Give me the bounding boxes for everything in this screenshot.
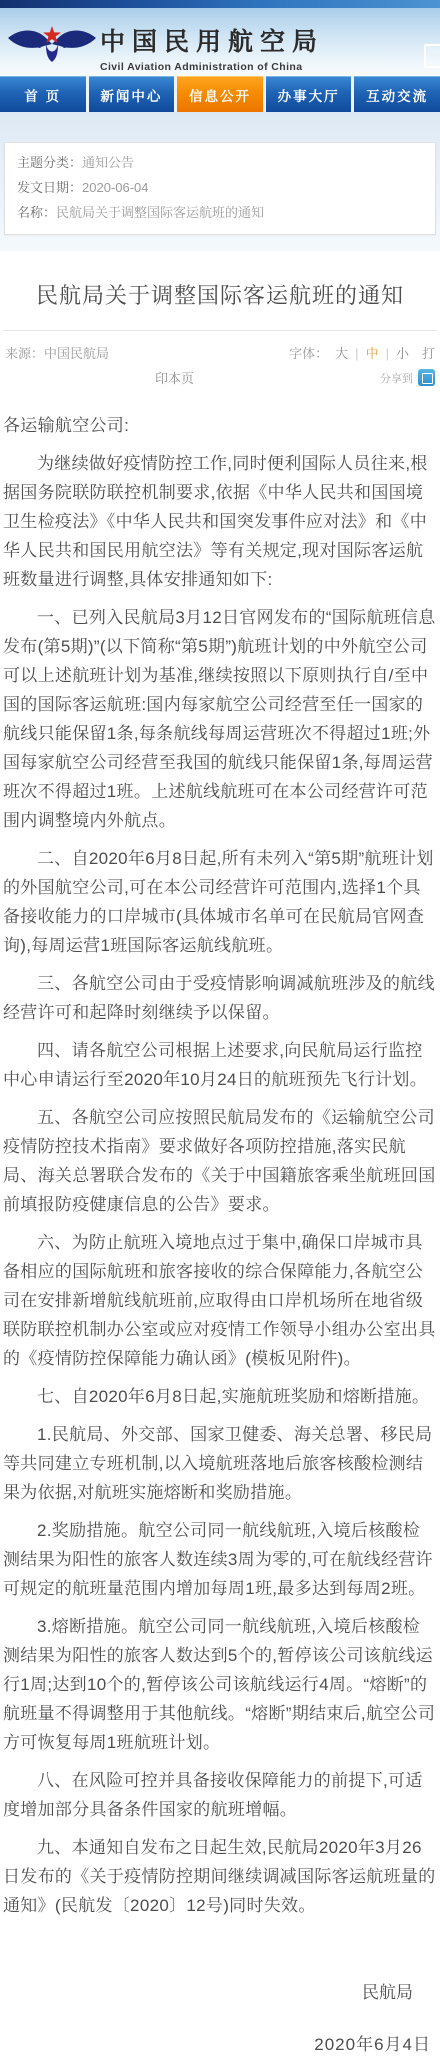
document-meta-band: 主题分类：通知公告 发文日期：2020-06-04 名称：民航局关于调整国际客运… [0, 112, 440, 251]
meta-value: 2020-06-04 [82, 180, 149, 195]
winged-emblem-icon [6, 22, 98, 64]
nav-item[interactable]: 新闻中心 [89, 76, 175, 112]
nav-item[interactable]: 互动交流 [354, 76, 440, 112]
font-size-selector: 字体： 大 | 中 | 小 打 [289, 343, 435, 362]
nav-item-label: 首 页 [24, 85, 61, 105]
notice-paragraph: 四、请各航空公司根据上述要求,向民航局运行监控中心申请运行至2020年10月24… [3, 1036, 437, 1094]
notice-paragraph: 三、各航空公司由于受疫情影响调减航班涉及的航线经营许可和起降时刻继续予以保留。 [3, 969, 437, 1027]
title-divider [3, 330, 437, 331]
separator: | [355, 346, 358, 361]
nav-item-label: 信息公开 [189, 85, 251, 105]
paragraph-list: 为继续做好疫情防控工作,同时便利国际人员往来,根据国务院联防联控机制要求,依据《… [3, 449, 437, 1920]
notice-paragraph: 五、各航空公司应按照民航局发布的《运输航空公司疫情防控技术指南》要求做好各项防控… [3, 1103, 437, 1219]
print-page-link-wrapped[interactable]: 印本页 [155, 368, 194, 387]
site-header: 中国民用航空局 Civil Aviation Administration of… [0, 8, 440, 76]
org-name-chinese: 中国民用航空局 [100, 22, 324, 58]
meta-value: 民航局关于调整国际客运航班的通知 [56, 205, 264, 220]
article: 民航局关于调整国际客运航班的通知 来源：中国民航局 字体： 大 | 中 | 小 … [0, 279, 440, 2055]
meta-row: 发文日期：2020-06-04 [17, 175, 423, 200]
notice-paragraph: 1.民航局、外交部、国家卫健委、海关总署、移民局等共同建立专班机制,以入境航班落… [3, 1420, 437, 1507]
search-box-partial[interactable] [424, 44, 440, 68]
font-size-large[interactable]: 大 [335, 343, 348, 362]
notice-paragraph: 七、自2020年6月8日起,实施航班奖励和熔断措施。 [3, 1382, 437, 1411]
meta-label: 发文日期： [17, 180, 82, 195]
share-icon[interactable] [418, 369, 435, 386]
notice-paragraph: 二、自2020年6月8日起,所有未列入“第5期”航班计划的外国航空公司,可在本公… [3, 844, 437, 960]
source-line-2: 印本页 分享到 [3, 362, 437, 387]
meta-label: 主题分类： [17, 155, 82, 170]
print-page-link[interactable]: 打 [422, 343, 435, 362]
font-size-label: 字体： [289, 343, 328, 362]
notice-paragraph: 八、在风险可控并具备接收保障能力的前提下,可适度增加部分具备条件国家的航班增幅。 [3, 1766, 437, 1824]
signature-org: 民航局 [3, 1978, 413, 2003]
font-size-small[interactable]: 小 [396, 343, 409, 362]
meta-value: 通知公告 [82, 155, 134, 170]
nav-item-label: 新闻中心 [100, 85, 162, 105]
main-nav: 首 页 新闻中心 信息公开 办事大厅 互动交流 [0, 76, 440, 112]
source-line: 来源：中国民航局 字体： 大 | 中 | 小 打 [3, 341, 437, 362]
salutation: 各运输航空公司: [3, 411, 437, 440]
share-label: 分享到 [380, 370, 413, 386]
nav-item[interactable]: 首 页 [0, 76, 86, 112]
document-meta-card: 主题分类：通知公告 发文日期：2020-06-04 名称：民航局关于调整国际客运… [4, 142, 436, 235]
signature-date: 2020年6月4日 [3, 2030, 431, 2055]
article-title: 民航局关于调整国际客运航班的通知 [13, 279, 427, 310]
caac-logo [6, 22, 98, 64]
notice-paragraph: 六、为防止航班入境地点过于集中,确保口岸城市具备相应的国际航班和旅客接收的综合保… [3, 1228, 437, 1373]
org-name-english: Civil Aviation Administration of China [100, 61, 324, 73]
notice-paragraph: 3.熔断措施。航空公司同一航线航班,入境后核酸检测结果为阳性的旅客人数达到5个的… [3, 1612, 437, 1757]
meta-label: 名称： [17, 205, 56, 220]
meta-row: 名称：民航局关于调整国际客运航班的通知 [17, 200, 423, 225]
font-size-medium[interactable]: 中 [366, 343, 379, 362]
notice-paragraph: 为继续做好疫情防控工作,同时便利国际人员往来,根据国务院联防联控机制要求,依据《… [3, 449, 437, 594]
notice-body: 各运输航空公司: 为继续做好疫情防控工作,同时便利国际人员往来,根据国务院联防联… [3, 411, 437, 1920]
source: 来源：中国民航局 [5, 343, 109, 362]
source-label: 来源： [5, 346, 44, 361]
source-value: 中国民航局 [44, 346, 109, 361]
nav-item-label: 互动交流 [366, 85, 428, 105]
nav-item-label: 办事大厅 [278, 85, 340, 105]
top-blue-bar [0, 0, 440, 8]
notice-paragraph: 2.奖励措施。航空公司同一航线航班,入境后核酸检测结果为阳性的旅客人数连续3周为… [3, 1516, 437, 1603]
nav-item[interactable]: 信息公开 [177, 76, 263, 112]
notice-paragraph: 一、已列入民航局3月12日官网发布的“国际航班信息发布(第5期)”(以下简称“第… [3, 603, 437, 835]
separator: | [386, 346, 389, 361]
notice-paragraph: 九、本通知自发布之日起生效,民航局2020年3月26日发布的《关于疫情防控期间继… [3, 1833, 437, 1920]
share-block: 分享到 [380, 369, 435, 386]
meta-row: 主题分类：通知公告 [17, 150, 423, 175]
nav-item[interactable]: 办事大厅 [266, 76, 352, 112]
